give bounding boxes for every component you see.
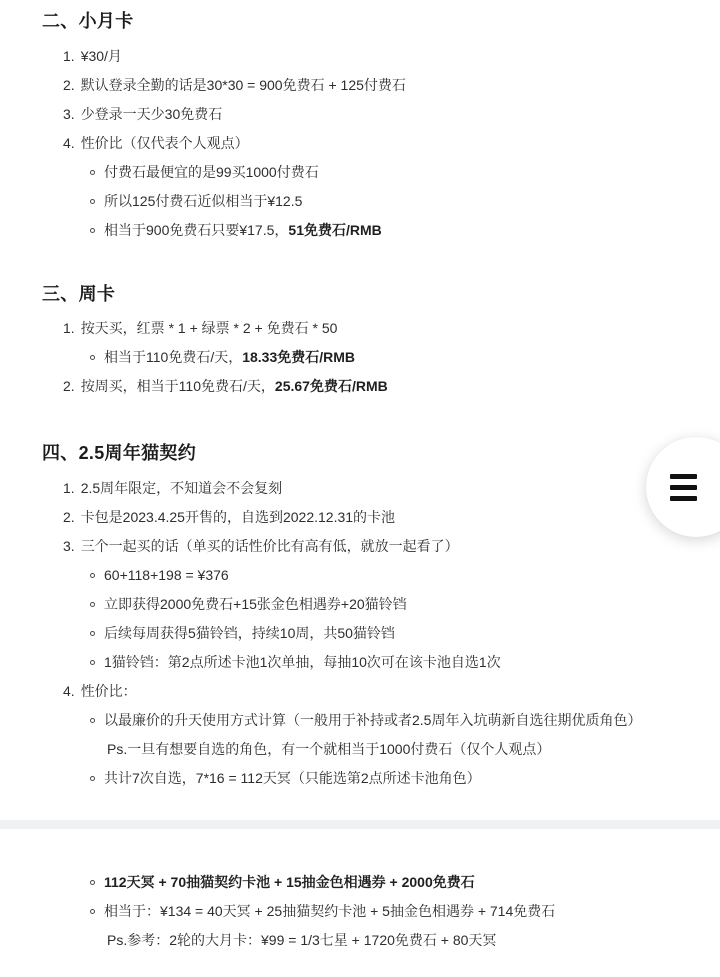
list-item: 1.2.5周年限定，不知道会不会复刻 — [0, 481, 720, 496]
section-heading: 三、周卡 — [42, 284, 720, 305]
list-item-number: 1. — [63, 49, 75, 64]
section: 四、2.5周年猫契约1.2.5周年限定，不知道会不会复刻2.卡包是2023.4.… — [0, 443, 720, 786]
section-lines: 1.¥30/月2.默认登录全勤的话是30*30 = 900免费石 + 125付费… — [0, 49, 720, 238]
bullet-icon — [90, 170, 95, 175]
list-item: Ps.参考：2轮的大月卡：¥99 = 1/3七星 + 1720免费石 + 80天… — [0, 933, 720, 948]
section: 二、小月卡1.¥30/月2.默认登录全勤的话是30*30 = 900免费石 + … — [0, 11, 720, 238]
list-item-text: Ps.一旦有想要自选的角色，有一个就相当于1000付费石（仅个人观点） — [107, 742, 550, 757]
list-item-number: 3. — [63, 107, 75, 122]
sections-bottom: 112天冥 + 70抽猫契约卡池 + 15抽金色相遇券 + 2000免费石相当于… — [0, 875, 720, 948]
section: 112天冥 + 70抽猫契约卡池 + 15抽金色相遇券 + 2000免费石相当于… — [0, 875, 720, 948]
list-item: 以最廉价的升天使用方式计算（一般用于补持或者2.5周年入坑萌新自选往期优质角色） — [0, 713, 720, 728]
section-heading: 四、2.5周年猫契约 — [42, 443, 720, 464]
list-item: 付费石最便宜的是99买1000付费石 — [0, 165, 720, 180]
list-item: 相当于：¥134 = 40天冥 + 25抽猫契约卡池 + 5抽金色相遇券 + 7… — [0, 904, 720, 919]
list-item-number: 2. — [63, 78, 75, 93]
list-item: 112天冥 + 70抽猫契约卡池 + 15抽金色相遇券 + 2000免费石 — [0, 875, 720, 890]
list-item-text: Ps.参考：2轮的大月卡：¥99 = 1/3七星 + 1720免费石 + 80天… — [107, 933, 496, 948]
list-item-text: 共计7次自选，7*16 = 112天冥（只能选第2点所述卡池角色） — [104, 771, 481, 786]
bullet-icon — [90, 718, 95, 723]
list-item: 2.默认登录全勤的话是30*30 = 900免费石 + 125付费石 — [0, 78, 720, 93]
list-item-text: ¥30/月 — [81, 49, 122, 64]
list-item: 3.少登录一天少30免费石 — [0, 107, 720, 122]
list-item-number: 1. — [63, 321, 75, 336]
list-item: 共计7次自选，7*16 = 112天冥（只能选第2点所述卡池角色） — [0, 771, 720, 786]
list-item-text: 付费石最便宜的是99买1000付费石 — [104, 165, 319, 180]
list-item-text: 相当于110免费石/天，18.33免费石/RMB — [104, 350, 355, 365]
bullet-icon — [90, 909, 95, 914]
bullet-icon — [90, 631, 95, 636]
list-item-text: 立即获得2000免费石+15张金色相遇券+20猫铃铛 — [104, 597, 407, 612]
list-item: 4.性价比： — [0, 684, 720, 699]
list-item: 4.性价比（仅代表个人观点） — [0, 136, 720, 151]
list-item: 60+118+198 = ¥376 — [0, 568, 720, 583]
list-item-text: 以最廉价的升天使用方式计算（一般用于补持或者2.5周年入坑萌新自选往期优质角色） — [104, 713, 641, 728]
sections-top: 二、小月卡1.¥30/月2.默认登录全勤的话是30*30 = 900免费石 + … — [0, 11, 720, 786]
list-item: 3.三个一起买的话（单买的话性价比有高有低，就放一起看了） — [0, 539, 720, 554]
bullet-icon — [90, 573, 95, 578]
list-item: 相当于110免费石/天，18.33免费石/RMB — [0, 350, 720, 365]
bullet-icon — [90, 355, 95, 360]
list-item-text: 后续每周获得5猫铃铛，持续10周，共50猫铃铛 — [104, 626, 395, 641]
list-item: 1猫铃铛：第2点所述卡池1次单抽，每抽10次可在该卡池自选1次 — [0, 655, 720, 670]
list-item-text: 少登录一天少30免费石 — [81, 107, 223, 122]
bullet-icon — [90, 602, 95, 607]
list-item-text: 按周买，相当于110免费石/天，25.67免费石/RMB — [81, 379, 388, 394]
list-item-text: 三个一起买的话（单买的话性价比有高有低，就放一起看了） — [81, 539, 459, 554]
list-item-text: 112天冥 + 70抽猫契约卡池 + 15抽金色相遇券 + 2000免费石 — [104, 875, 475, 890]
document-page: { "colors":{ "text":"#2e2e2e", "heading"… — [0, 0, 720, 977]
list-item-text: 按天买，红票 * 1 + 绿票 * 2 + 免费石 * 50 — [81, 321, 338, 336]
bullet-icon — [90, 199, 95, 204]
list-item-text: 性价比（仅代表个人观点） — [81, 136, 249, 151]
list-item: 立即获得2000免费石+15张金色相遇券+20猫铃铛 — [0, 597, 720, 612]
bullet-icon — [90, 880, 95, 885]
list-item-text: 相当于：¥134 = 40天冥 + 25抽猫契约卡池 + 5抽金色相遇券 + 7… — [104, 904, 555, 919]
list-item: 后续每周获得5猫铃铛，持续10周，共50猫铃铛 — [0, 626, 720, 641]
section-lines: 1.按天买，红票 * 1 + 绿票 * 2 + 免费石 * 50相当于110免费… — [0, 321, 720, 394]
list-item-number: 1. — [63, 481, 75, 496]
list-item-text: 默认登录全勤的话是30*30 = 900免费石 + 125付费石 — [81, 78, 406, 93]
list-item-number: 4. — [63, 684, 75, 699]
list-item-text: 1猫铃铛：第2点所述卡池1次单抽，每抽10次可在该卡池自选1次 — [104, 655, 501, 670]
list-item-number: 2. — [63, 379, 75, 394]
bullet-icon — [90, 228, 95, 233]
section-heading: 二、小月卡 — [42, 11, 720, 32]
list-item-text: 性价比： — [81, 684, 137, 699]
hamburger-icon — [670, 496, 697, 501]
list-item: Ps.一旦有想要自选的角色，有一个就相当于1000付费石（仅个人观点） — [0, 742, 720, 757]
list-item: 相当于900免费石只要¥17.5，51免费石/RMB — [0, 223, 720, 238]
list-item: 2.按周买，相当于110免费石/天，25.67免费石/RMB — [0, 379, 720, 394]
section: 三、周卡1.按天买，红票 * 1 + 绿票 * 2 + 免费石 * 50相当于1… — [0, 284, 720, 394]
list-item: 所以125付费石近似相当于¥12.5 — [0, 194, 720, 209]
list-item: 2.卡包是2023.4.25开售的，自选到2022.12.31的卡池 — [0, 510, 720, 525]
list-item-text: 2.5周年限定，不知道会不会复刻 — [81, 481, 282, 496]
section-lines: 112天冥 + 70抽猫契约卡池 + 15抽金色相遇券 + 2000免费石相当于… — [0, 875, 720, 948]
document-content: 二、小月卡1.¥30/月2.默认登录全勤的话是30*30 = 900免费石 + … — [0, 0, 720, 948]
list-item-text: 卡包是2023.4.25开售的，自选到2022.12.31的卡池 — [81, 510, 395, 525]
list-item: 1.¥30/月 — [0, 49, 720, 64]
list-item: 1.按天买，红票 * 1 + 绿票 * 2 + 免费石 * 50 — [0, 321, 720, 336]
section-divider — [0, 820, 720, 829]
bullet-icon — [90, 776, 95, 781]
list-item-number: 2. — [63, 510, 75, 525]
list-item-number: 3. — [63, 539, 75, 554]
bullet-icon — [90, 660, 95, 665]
hamburger-icon — [670, 474, 697, 479]
list-item-text: 60+118+198 = ¥376 — [104, 568, 229, 583]
hamburger-icon — [670, 485, 697, 490]
list-item-text: 所以125付费石近似相当于¥12.5 — [104, 194, 302, 209]
list-item-text: 相当于900免费石只要¥17.5，51免费石/RMB — [104, 223, 382, 238]
list-item-number: 4. — [63, 136, 75, 151]
section-lines: 1.2.5周年限定，不知道会不会复刻2.卡包是2023.4.25开售的，自选到2… — [0, 481, 720, 786]
